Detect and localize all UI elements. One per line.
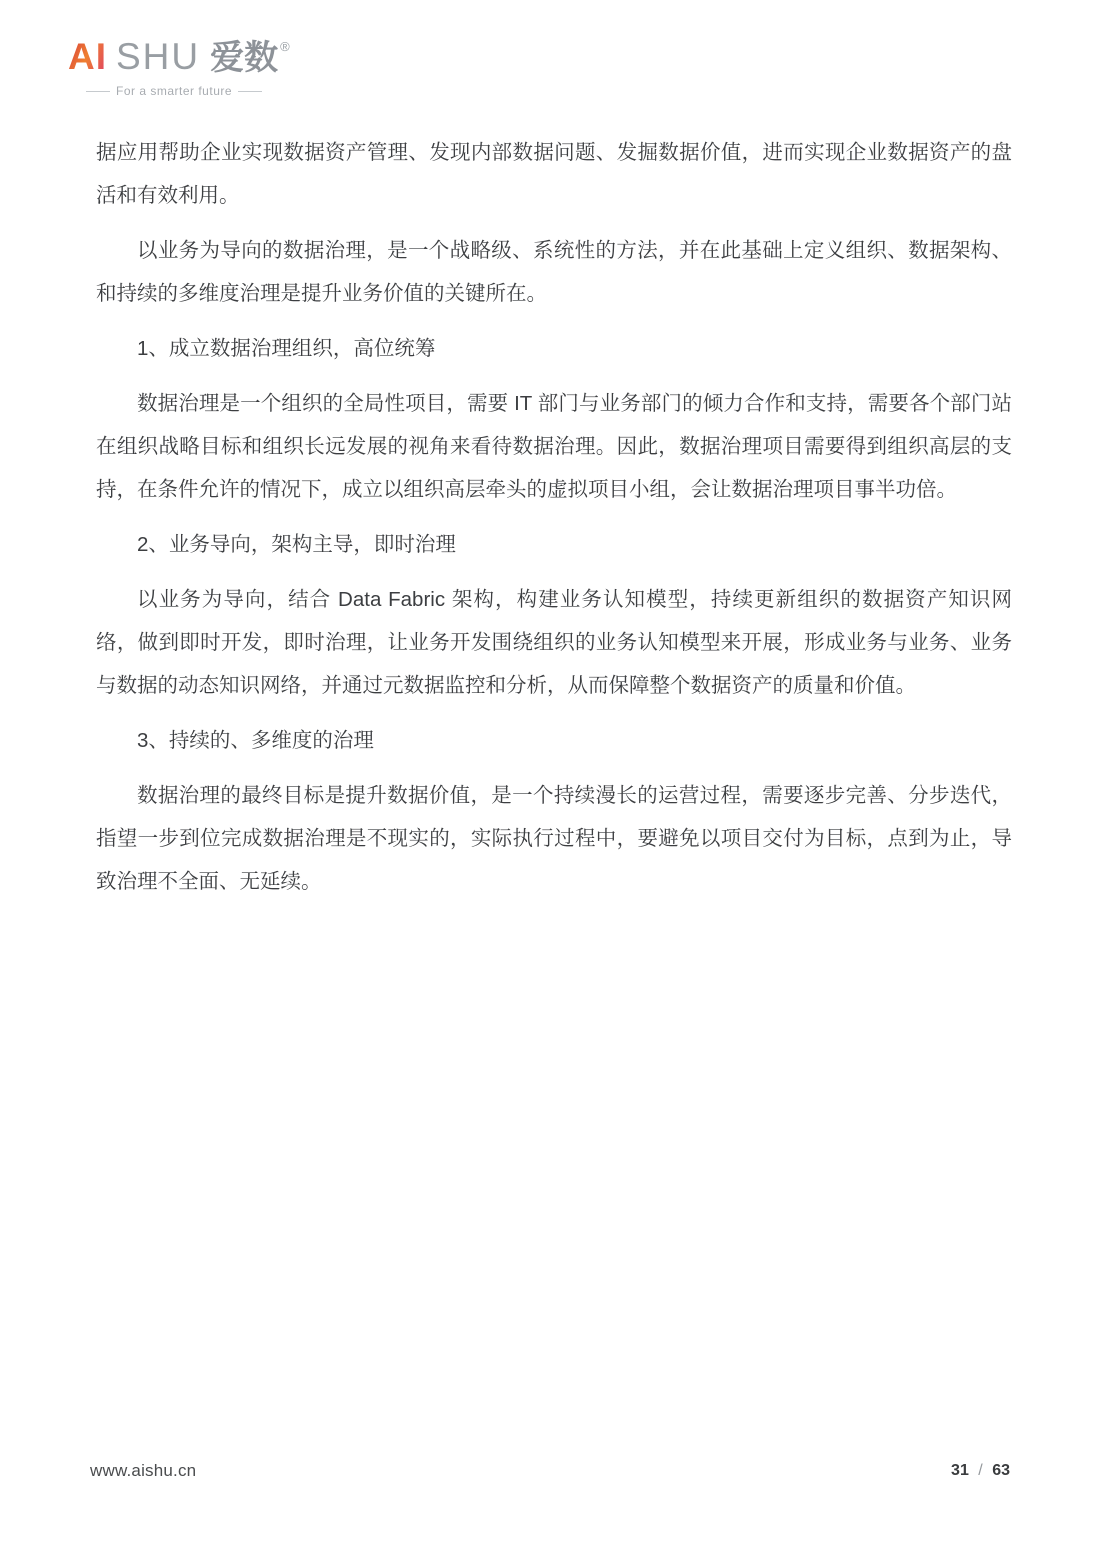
page-number: 31 / 63 — [951, 1462, 1010, 1480]
tagline-text: For a smarter future — [116, 84, 232, 98]
paragraph: 据应用帮助企业实现数据资产管理、发现内部数据问题、发掘数据价值，进而实现企业数据… — [96, 131, 1012, 217]
paragraph: 数据治理的最终目标是提升数据价值，是一个持续漫长的运营过程，需要逐步完善、分步迭… — [96, 774, 1012, 903]
aishu-logo-wordmark: AI SHU 爱数 ® — [68, 38, 290, 75]
paragraph: 以业务为导向的数据治理，是一个战略级、系统性的方法，并在此基础上定义组织、数据架… — [96, 229, 1012, 315]
logo-shu-text: SHU — [116, 38, 200, 75]
footer-website: www.aishu.cn — [90, 1461, 196, 1481]
paragraph: 数据治理是一个组织的全局性项目，需要 IT 部门与业务部门的倾力合作和支持，需要… — [96, 382, 1012, 511]
section-heading-2: 2、业务导向，架构主导，即时治理 — [96, 523, 1012, 566]
section-heading-1: 1、成立数据治理组织，高位统筹 — [96, 327, 1012, 370]
logo-tagline: For a smarter future — [86, 84, 290, 98]
document-content: 据应用帮助企业实现数据资产管理、发现内部数据问题、发掘数据价值，进而实现企业数据… — [96, 131, 1012, 915]
aishu-logo: AI SHU 爱数 ® For a smarter future — [68, 38, 290, 98]
logo-ai-text: AI — [68, 38, 107, 75]
section-heading-3: 3、持续的、多维度的治理 — [96, 719, 1012, 762]
paragraph: 以业务为导向，结合 Data Fabric 架构，构建业务认知模型，持续更新组织… — [96, 578, 1012, 707]
document-page: AI SHU 爱数 ® For a smarter future 据应用帮助企业… — [0, 0, 1102, 1559]
registered-trademark-icon: ® — [280, 40, 290, 53]
total-page-number: 63 — [992, 1462, 1010, 1479]
tagline-right-dash — [238, 91, 262, 92]
tagline-left-dash — [86, 91, 110, 92]
current-page-number: 31 — [951, 1462, 969, 1479]
page-number-separator: / — [978, 1462, 982, 1479]
logo-chinese-text: 爱数 — [210, 41, 278, 75]
